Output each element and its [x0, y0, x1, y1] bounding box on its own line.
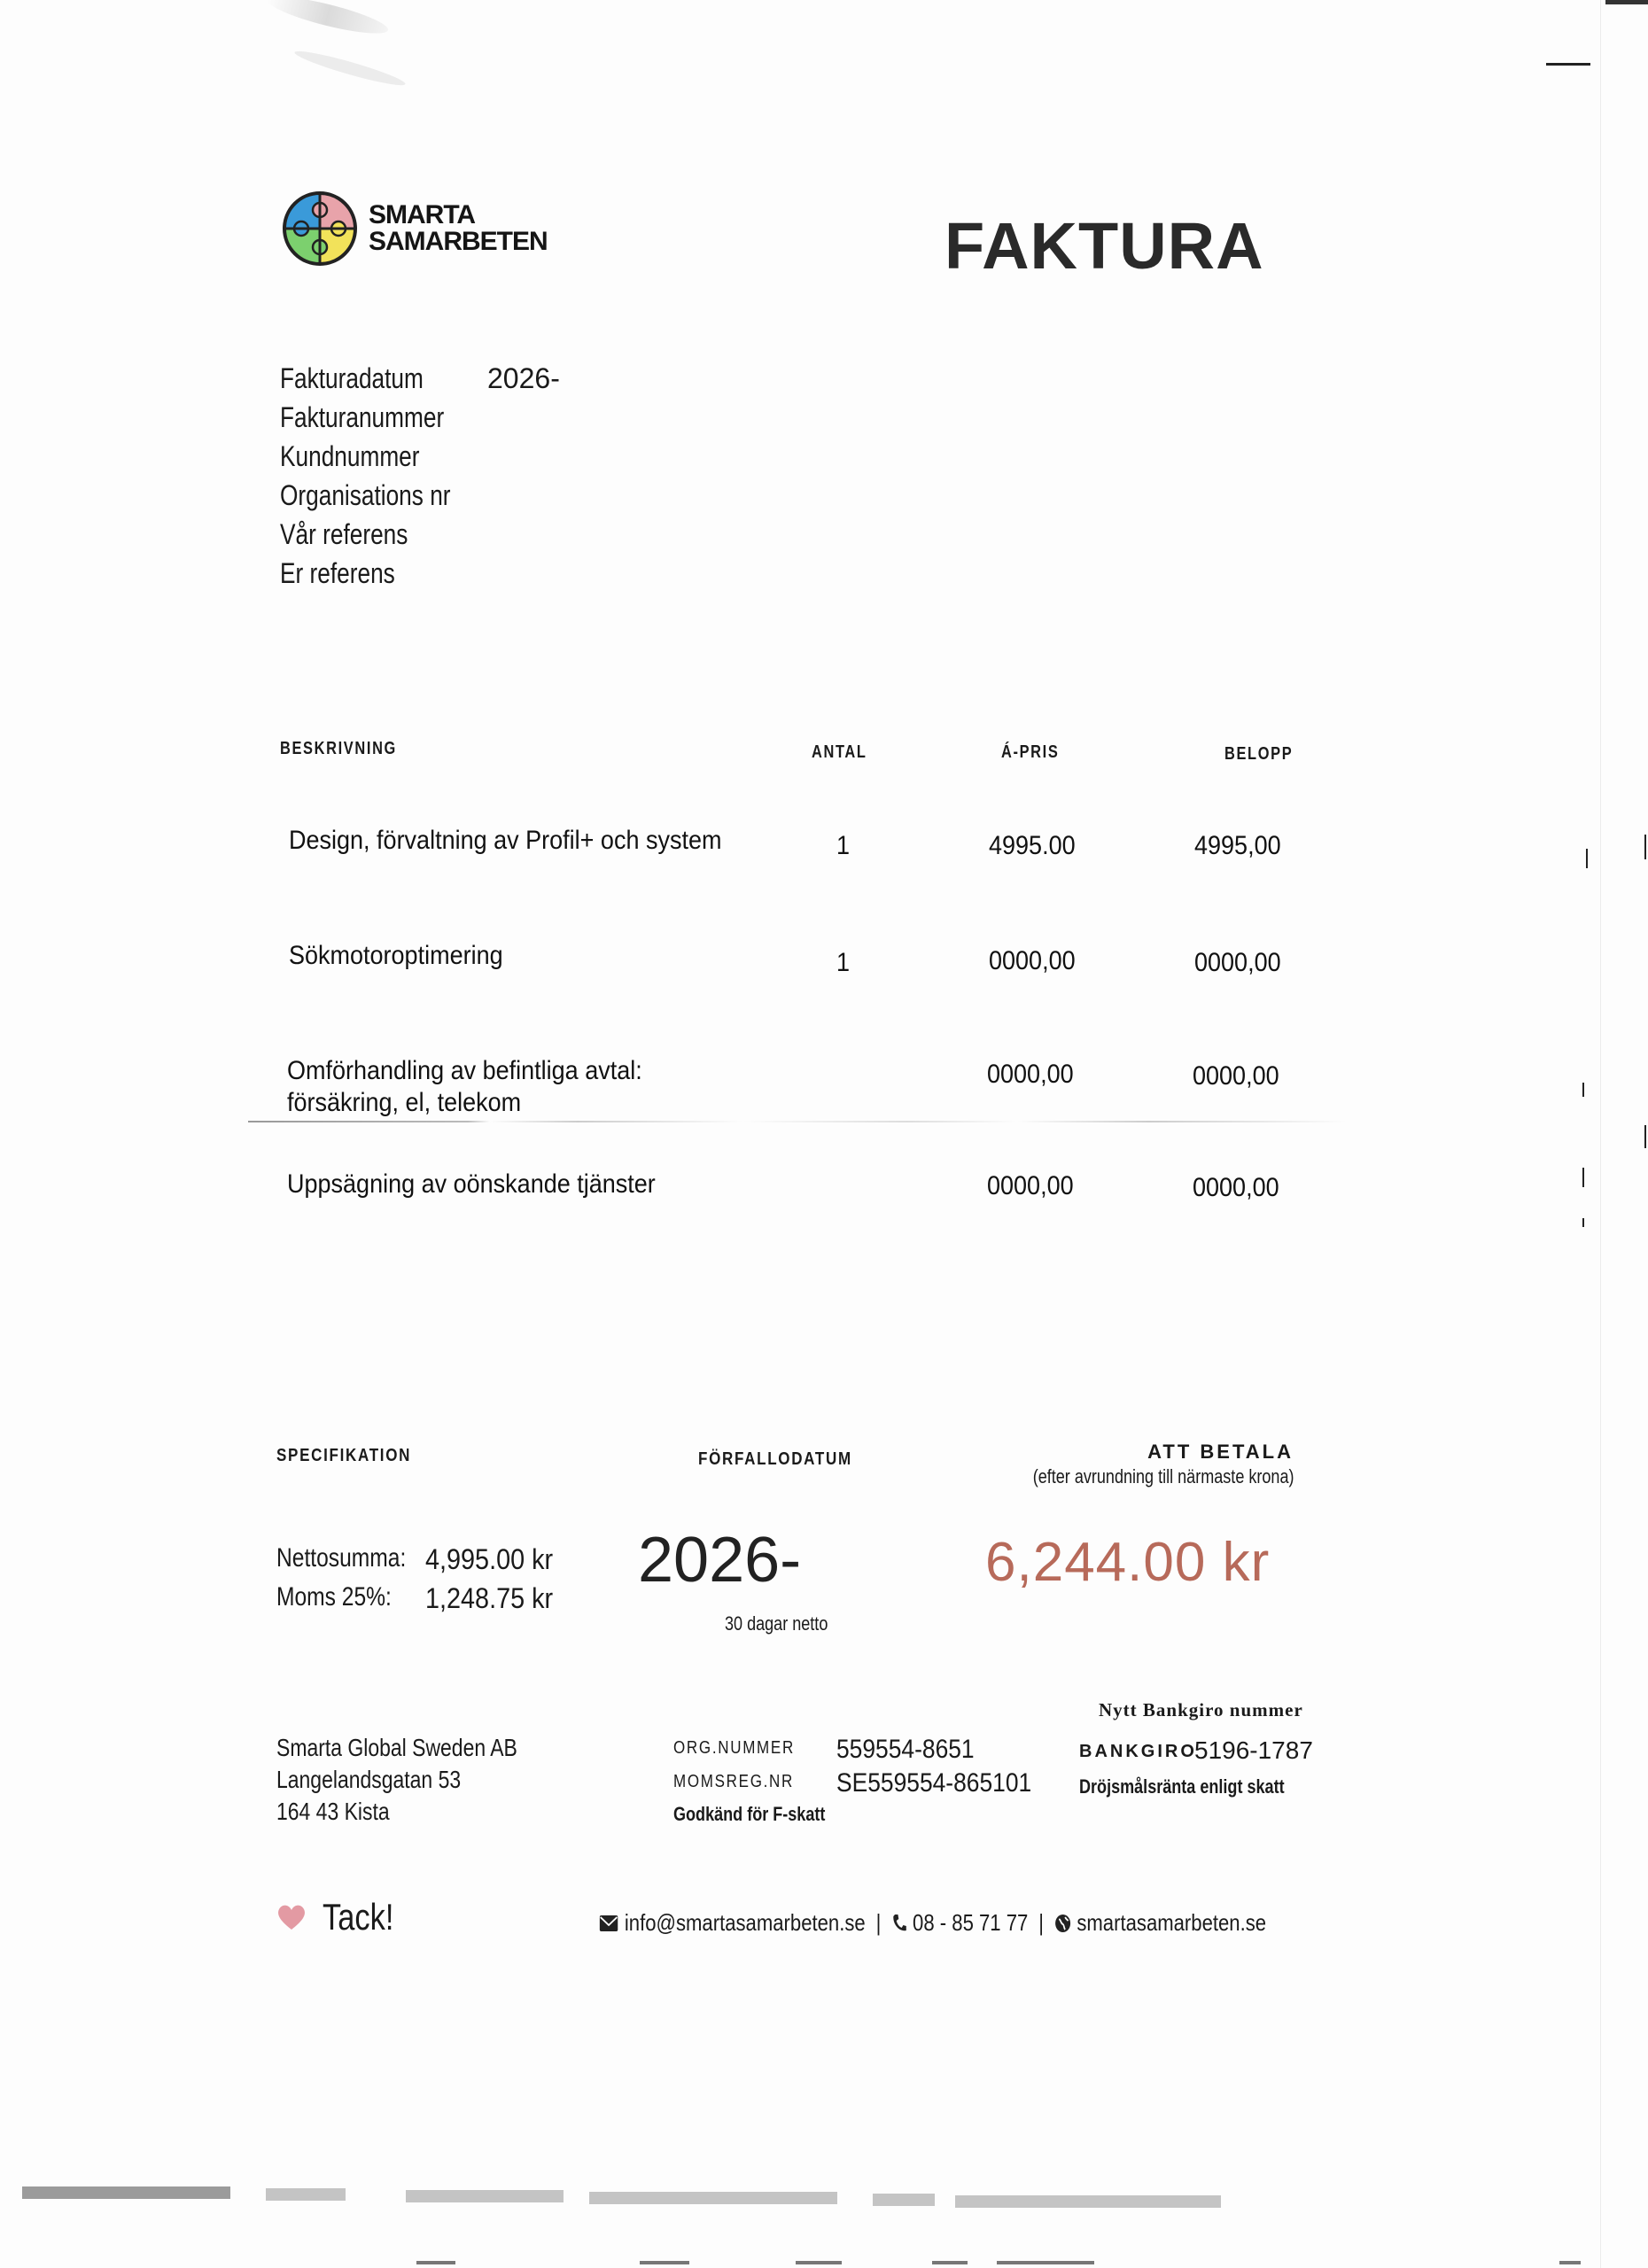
- meta-value: 2026-: [487, 362, 560, 395]
- org-number-label: ORG.NUMMER: [673, 1738, 795, 1759]
- globe-icon: [1054, 1914, 1071, 1933]
- column-header-amount: BELOPP: [1224, 744, 1293, 765]
- amount-due-label: ATT BETALA: [976, 1441, 1294, 1464]
- specification-label: SPECIFIKATION: [276, 1446, 411, 1466]
- company-address: Smarta Global Sweden AB Langelandsgatan …: [276, 1732, 517, 1828]
- scan-streak: [873, 2194, 935, 2206]
- scan-mark: [1605, 0, 1648, 4]
- thanks-message: Tack!: [276, 1896, 409, 1938]
- row-unit-price: 0000,00: [987, 1060, 1074, 1090]
- meta-row-your-reference: Er referens: [280, 554, 560, 593]
- row-description: Design, förvaltning av Profil+ och syste…: [289, 826, 721, 856]
- envelope-icon: [599, 1915, 618, 1932]
- amount-due-value: 6,244.00 kr: [985, 1531, 1270, 1594]
- bankgiro-notice: Nytt Bankgiro nummer: [1099, 1699, 1303, 1721]
- due-date-value: 2026-: [638, 1524, 801, 1596]
- meta-label: Fakturadatum: [280, 362, 450, 395]
- row-unit-price: 0000,00: [989, 946, 1076, 976]
- meta-label: Organisations nr: [280, 479, 450, 512]
- scan-mark: [640, 2261, 689, 2264]
- vat-reg-label: MOMSREG.NR: [673, 1772, 794, 1792]
- vat-value: 1,248.75 kr: [425, 1582, 553, 1615]
- vat-reg-value: SE559554-865101: [836, 1768, 1031, 1798]
- row-description: Sökmotoroptimering: [289, 941, 503, 971]
- row-quantity: 1: [836, 831, 850, 861]
- puzzle-logo-icon: [282, 190, 358, 267]
- meta-row-org-number: Organisations nr: [280, 476, 560, 515]
- scan-mark: [1582, 1168, 1584, 1187]
- f-tax-approval: Godkänd för F-skatt: [673, 1803, 825, 1826]
- logo-line-1: SMARTA: [369, 202, 548, 229]
- bankgiro-value: 5196-1787: [1194, 1736, 1313, 1765]
- row-amount: 0000,00: [1193, 1173, 1279, 1203]
- org-number-value: 559554-8651: [836, 1735, 975, 1765]
- meta-label: Fakturanummer: [280, 401, 450, 434]
- thanks-text: Tack!: [323, 1896, 393, 1938]
- scan-mark: [796, 2261, 842, 2264]
- scan-mark: [1586, 849, 1588, 868]
- column-header-description: BESKRIVNING: [280, 739, 397, 759]
- invoice-meta: Fakturadatum 2026- Fakturanummer Kundnum…: [280, 359, 560, 593]
- payment-terms: 30 dagar netto: [725, 1612, 828, 1635]
- row-description: Omförhandling av befintliga avtal:: [287, 1056, 642, 1086]
- row-amount: 0000,00: [1193, 1061, 1279, 1091]
- scan-smudge: [293, 46, 408, 89]
- meta-row-customer-number: Kundnummer: [280, 437, 560, 476]
- page-edge: [1600, 0, 1601, 2268]
- scan-mark: [1644, 835, 1646, 859]
- company-city: 164 43 Kista: [276, 1796, 517, 1828]
- phone-icon: [891, 1914, 906, 1933]
- vat-label: Moms 25%:: [276, 1582, 392, 1612]
- column-header-unit-price: Á-PRIS: [1001, 742, 1059, 763]
- meta-row-our-reference: Vår referens: [280, 515, 560, 554]
- late-fee-note: Dröjsmålsränta enligt skatt: [1079, 1775, 1285, 1798]
- row-unit-price: 0000,00: [987, 1171, 1074, 1201]
- phone-number[interactable]: 08 - 85 71 77: [913, 1909, 1028, 1937]
- contact-bar: info@smartasamarbeten.se | 08 - 85 71 77…: [599, 1909, 1266, 1937]
- scan-streak: [266, 2188, 346, 2201]
- row-amount: 4995,00: [1194, 831, 1281, 861]
- company-logo: SMARTA SAMARBETEN: [282, 190, 548, 267]
- scan-mark: [1644, 1125, 1646, 1148]
- logo-line-2: SAMARBETEN: [369, 229, 548, 255]
- row-description-line-2: försäkring, el, telekom: [287, 1088, 521, 1118]
- scan-mark: [1546, 63, 1590, 66]
- meta-label: Er referens: [280, 557, 450, 590]
- logo-wordmark: SMARTA SAMARBETEN: [369, 202, 548, 255]
- company-street: Langelandsgatan 53: [276, 1764, 517, 1796]
- document-title: FAKTURA: [944, 208, 1264, 283]
- row-description: Uppsägning av oönskande tjänster: [287, 1169, 656, 1200]
- email-link[interactable]: info@smartasamarbeten.se: [625, 1909, 866, 1937]
- scan-mark: [997, 2261, 1094, 2264]
- due-date-label: FÖRFALLODATUM: [698, 1449, 852, 1470]
- row-unit-price: 4995.00: [989, 831, 1076, 861]
- meta-label: Kundnummer: [280, 440, 450, 473]
- meta-label: Vår referens: [280, 518, 450, 551]
- separator: |: [876, 1909, 882, 1937]
- amount-due-header: ATT BETALA (efter avrundning till närmas…: [976, 1441, 1294, 1488]
- scan-streak: [22, 2186, 230, 2199]
- row-divider: [248, 1121, 1347, 1122]
- website-link[interactable]: smartasamarbeten.se: [1077, 1909, 1266, 1937]
- net-sum-value: 4,995.00 kr: [425, 1543, 553, 1576]
- scan-smudge: [265, 0, 391, 41]
- heart-icon: [276, 1903, 307, 1931]
- meta-row-invoice-date: Fakturadatum 2026-: [280, 359, 560, 398]
- bankgiro-label: BANKGIRO: [1079, 1742, 1197, 1762]
- row-amount: 0000,00: [1194, 948, 1281, 978]
- scan-mark: [1582, 1218, 1584, 1227]
- column-header-quantity: ANTAL: [812, 742, 867, 763]
- scan-mark: [1582, 1083, 1584, 1097]
- separator: |: [1038, 1909, 1044, 1937]
- row-quantity: 1: [836, 948, 850, 978]
- scan-mark: [1559, 2261, 1581, 2264]
- scan-streak: [406, 2190, 564, 2202]
- scan-mark: [932, 2261, 968, 2264]
- scan-streak: [955, 2195, 1221, 2208]
- meta-row-invoice-number: Fakturanummer: [280, 398, 560, 437]
- amount-due-sublabel: (efter avrundning till närmaste krona): [1032, 1465, 1294, 1488]
- company-name: Smarta Global Sweden AB: [276, 1732, 517, 1764]
- scan-mark: [416, 2261, 455, 2264]
- net-sum-label: Nettosumma:: [276, 1543, 406, 1573]
- scan-streak: [589, 2192, 837, 2204]
